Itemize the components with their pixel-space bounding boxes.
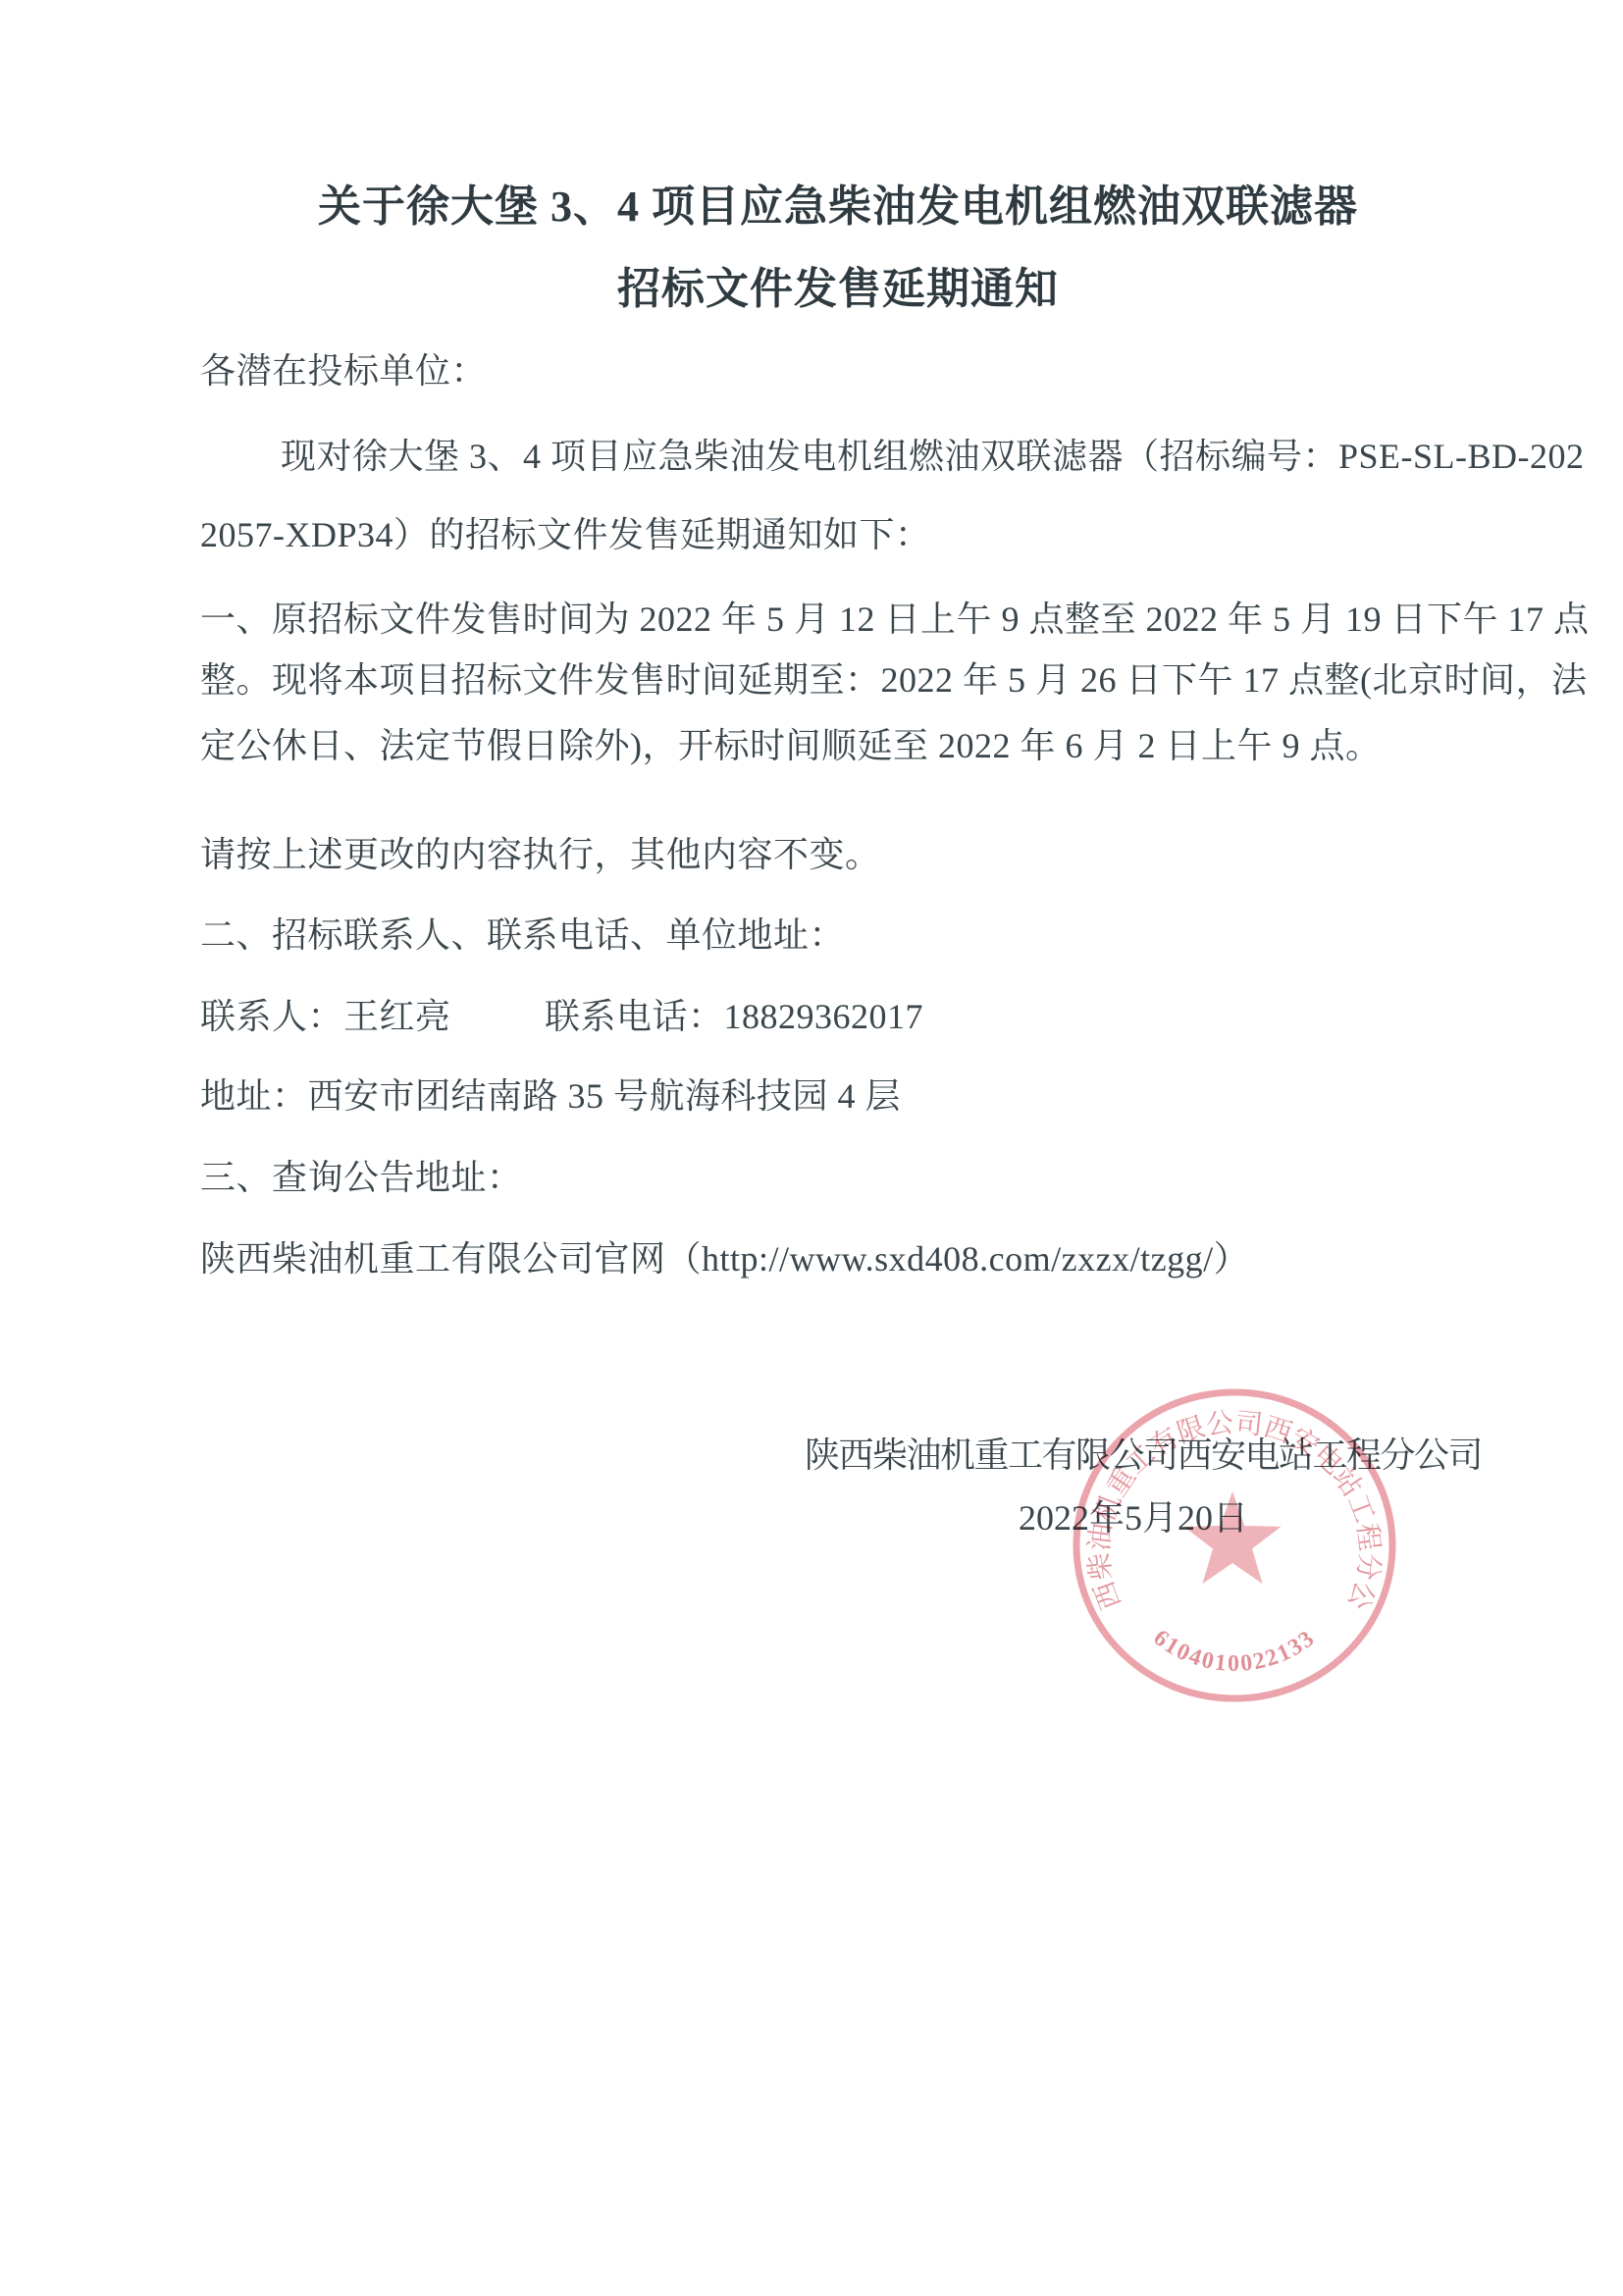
svg-text:6104010022133: 6104010022133 bbox=[1148, 1625, 1320, 1677]
intro-line2: 2057-XDP34）的招标文件发售延期通知如下： bbox=[200, 517, 931, 552]
section1-line1: 一、原招标文件发售时间为 2022 年 5 月 12 日上午 9 点整至 202… bbox=[200, 601, 1590, 637]
seal-number: 6104010022133 bbox=[1148, 1625, 1320, 1677]
seal-star-icon bbox=[1184, 1491, 1282, 1584]
contact-phone: 联系电话：18829362017 bbox=[545, 999, 923, 1034]
section2-heading: 二、招标联系人、联系电话、单位地址： bbox=[200, 917, 845, 953]
intro-line1: 现对徐大堡 3、4 项目应急柴油发电机组燃油双联滤器（招标编号：PSE-SL-B… bbox=[281, 439, 1585, 474]
section3-heading: 三、查询公告地址： bbox=[200, 1160, 523, 1195]
notice-title-line1: 关于徐大堡 3、4 项目应急柴油发电机组燃油双联滤器 bbox=[200, 185, 1476, 229]
company-seal-stamp: 陕西柴油机重工有限公司西安电站工程分公司 6104010022133 bbox=[1066, 1385, 1403, 1709]
scanned-notice-page: 关于徐大堡 3、4 项目应急柴油发电机组燃油双联滤器 招标文件发售延期通知 各潜… bbox=[0, 0, 1623, 2296]
seal-arc-text: 陕西柴油机重工有限公司西安电站工程分公司 bbox=[1066, 1385, 1386, 1613]
note-line: 请按上述更改的内容执行，其他内容不变。 bbox=[200, 837, 881, 872]
section1-line3: 定公休日、法定节假日除外)，开标时间顺延至 2022 年 6 月 2 日上午 9… bbox=[200, 728, 1382, 763]
salutation: 各潜在投标单位： bbox=[200, 353, 487, 389]
section1-line2: 整。现将本项目招标文件发售时间延期至：2022 年 5 月 26 日下午 17 … bbox=[200, 662, 1588, 698]
svg-text:陕西柴油机重工有限公司西安电站工程分公司: 陕西柴油机重工有限公司西安电站工程分公司 bbox=[1066, 1385, 1386, 1613]
notice-title-line2: 招标文件发售延期通知 bbox=[200, 268, 1476, 311]
contact-person: 联系人：王红亮 bbox=[200, 999, 451, 1034]
address-line: 地址：西安市团结南路 35 号航海科技园 4 层 bbox=[200, 1078, 901, 1114]
website-line: 陕西柴油机重工有限公司官网（http://www.sxd408.com/zxzx… bbox=[200, 1241, 1249, 1277]
